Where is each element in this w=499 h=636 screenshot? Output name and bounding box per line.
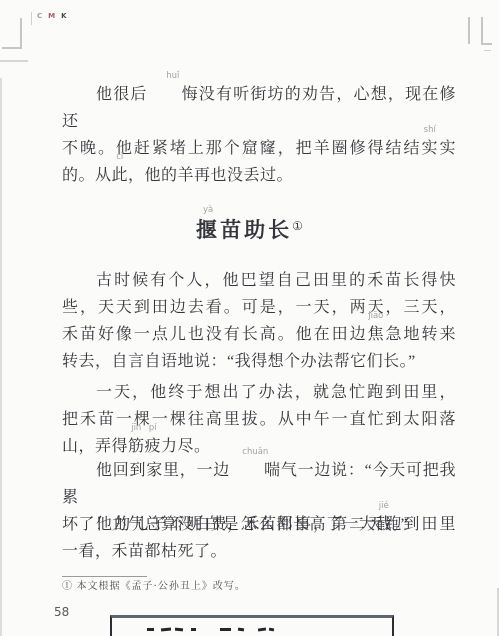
clipped-character-top <box>175 628 183 632</box>
clipped-character-top <box>238 628 244 632</box>
text-run: 一天，他终于想出了办法，就急忙跑到田里， <box>96 384 456 401</box>
annotated-character: shí实 <box>421 135 438 162</box>
trim-mark-top-left-vertical <box>20 18 22 49</box>
color-mark-black: K <box>61 12 66 20</box>
pinyin-annotation: shí <box>424 126 436 135</box>
text-run: 禾苗好像一点儿也没有长高。他在田边 <box>62 326 368 343</box>
pinyin-annotation: jié <box>379 502 389 511</box>
text-run: 的。从 <box>62 167 112 184</box>
trim-mark-top-left-horizontal <box>2 47 21 49</box>
text-line: 的。从cǐ此，他的羊再也没丢过。 <box>62 162 456 189</box>
pinyin-annotation: chuǎn <box>242 448 268 457</box>
trim-mark-top-right-foot <box>481 43 492 45</box>
text-run: ，他的羊再也没丢过。 <box>128 167 293 184</box>
footnote-reference-mark: ① <box>292 219 303 233</box>
title-annotated-char: yà揠 <box>196 214 220 246</box>
text-line: 转去，自言自语地说：“我得想个办法帮它们长。” <box>62 348 456 375</box>
text-run: 一看，禾苗都枯死了。 <box>62 543 227 560</box>
text-line: 他的儿子不明白是怎么回事，第二天跑到田里 <box>62 511 456 538</box>
clipped-bottom-box <box>110 615 394 636</box>
lesson-title: yà揠苗助长① <box>0 210 499 246</box>
annotated-character: huǐ悔 <box>148 81 199 108</box>
paragraph-previous-story-ending: 他很后huǐ悔没有听街坊的劝告，心想，现在修还不晚。他赶紧堵上那个窟窿，把羊圈修… <box>62 81 456 189</box>
text-line: 他回到家里，一边chuǎn喘气一边说：“今天可把我累 <box>62 457 456 511</box>
trim-mark-top-left-lower <box>0 60 28 62</box>
text-line: 古时候有个人，他巴望自己田里的禾苗长得快 <box>62 267 456 294</box>
clipped-character-top <box>147 628 154 631</box>
pinyin-annotation: cǐ <box>116 153 123 162</box>
text-run: 急地转来 <box>384 326 456 343</box>
annotated-character: chuǎn喘 <box>230 457 281 484</box>
color-mark-cyan: C <box>37 12 42 20</box>
page-left-edge-line <box>0 78 2 636</box>
text-line: 禾苗好像一点儿也没有长高。他在田边jiāo焦急地转来 <box>62 321 456 348</box>
annotated-character: jiāo焦 <box>368 321 385 348</box>
annotated-character: pí疲 <box>145 433 162 460</box>
text-run: 力尽。 <box>161 438 211 455</box>
text-run: 转去，自言自语地说：“我得想个办法帮它们长。” <box>62 353 416 370</box>
trim-mark-top-right-vertical-2 <box>481 17 483 44</box>
text-line: 些，天天到田边去看。可是，一天，两天，三天， <box>62 294 456 321</box>
color-bar-separator <box>31 12 32 25</box>
text-run: 他的儿子不明白是怎么回事，第二天跑到田里 <box>96 516 456 533</box>
paragraph-story-1: 古时候有个人，他巴望自己田里的禾苗长得快些，天天到田边去看。可是，一天，两天，三… <box>62 267 456 375</box>
color-registration-letters: CMK <box>37 12 73 20</box>
pinyin-annotation: jiāo <box>368 312 383 321</box>
text-line: 一天，他终于想出了办法，就急忙跑到田里， <box>62 379 456 406</box>
text-line: 一看，禾苗都枯死了。 <box>62 538 456 565</box>
clipped-character-top <box>269 628 274 632</box>
textbook-page: CMK yà揠苗助长① 他很后huǐ悔没有听街坊的劝告，心想，现在修还不晚。他赶… <box>0 0 499 636</box>
pinyin-annotation: pí <box>149 424 157 433</box>
annotated-character: cǐ此 <box>112 162 129 189</box>
pinyin-annotation: jīn <box>131 424 141 433</box>
color-mark-magenta: M <box>48 12 55 20</box>
page-number: 58 <box>54 605 69 619</box>
paragraph-story-4: 他的儿子不明白是怎么回事，第二天跑到田里一看，禾苗都枯死了。 <box>62 511 456 565</box>
text-run: 实 <box>438 140 456 157</box>
title-char: 揠 <box>196 218 220 242</box>
trim-mark-top-right-tick <box>484 50 491 51</box>
text-run: 古时候有个人，他巴望自己田里的禾苗长得快 <box>96 272 456 289</box>
trim-mark-top-right-vertical-1 <box>468 17 470 44</box>
annotated-character: jīn筋 <box>128 433 145 460</box>
pinyin-annotation: huǐ <box>166 72 179 81</box>
clipped-character-top <box>161 627 171 631</box>
footnote-text: ① 本文根据《孟子·公孙丑上》改写。 <box>62 580 442 594</box>
text-line: 把禾苗一棵一棵往高里拔。从中午一直忙到太阳落 <box>62 406 456 433</box>
text-run: 些，天天到田边去看。可是，一天，两天，三天， <box>62 299 456 316</box>
clipped-character-top <box>258 627 266 631</box>
pinyin-annotation: yà <box>203 206 213 215</box>
title-rest: 苗助长 <box>220 218 292 242</box>
text-run: 山，弄得 <box>62 438 128 455</box>
clipped-character-top <box>220 628 231 631</box>
text-run: 他回到家里，一边 <box>96 462 230 479</box>
text-line: 他很后huǐ悔没有听街坊的劝告，心想，现在修还 <box>62 81 456 135</box>
text-run: 把禾苗一棵一棵往高里拔。从中午一直忙到太阳落 <box>62 411 456 428</box>
footnote-rule <box>62 576 147 577</box>
clipped-character-top <box>191 628 196 631</box>
text-run: 他很后 <box>96 86 148 103</box>
